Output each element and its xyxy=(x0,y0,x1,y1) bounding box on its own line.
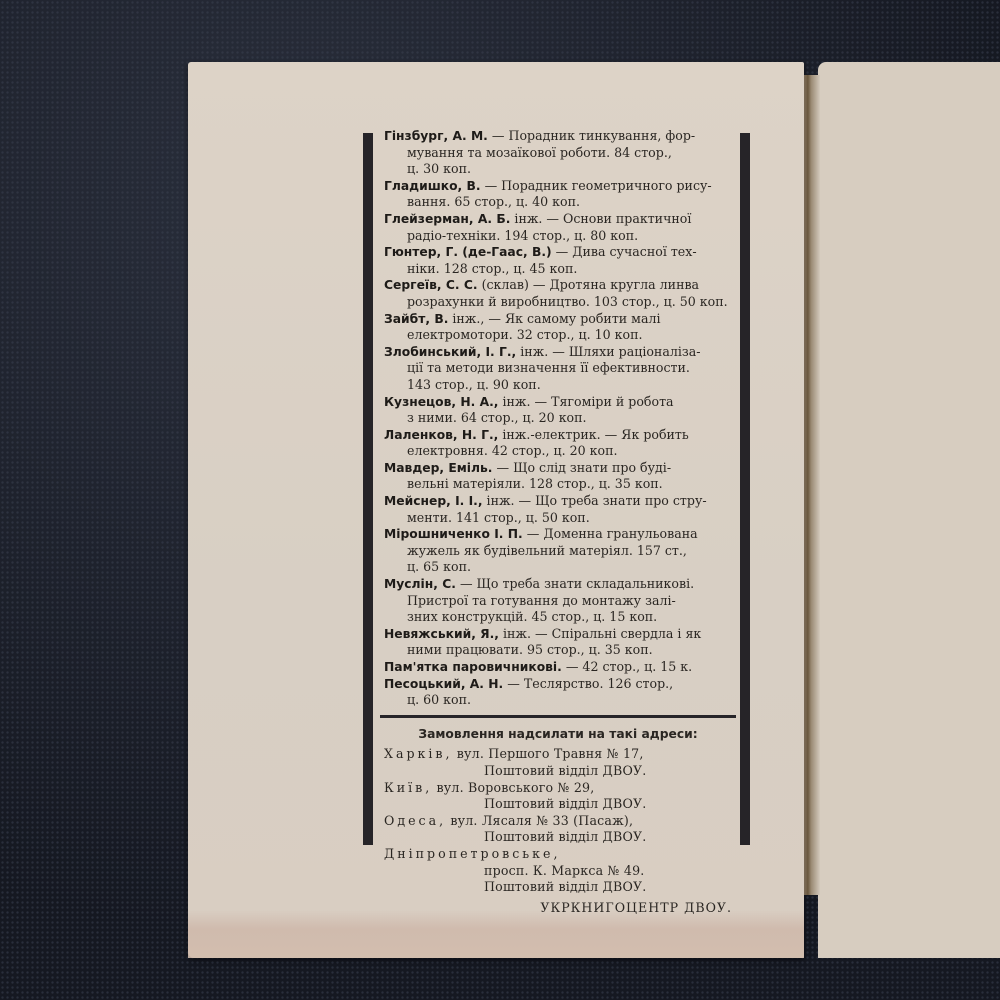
entry-text: — Що слід знати про буді- xyxy=(496,460,671,475)
address-street: вул. Першого Травня № 17, xyxy=(457,746,644,761)
entry-continuation: електровня. 42 стор., ц. 20 коп. xyxy=(384,443,732,460)
address-street-line: просп. К. Маркса № 49. xyxy=(384,863,732,880)
entry-first-line: Мейснер, І. І., інж. — Що треба знати пр… xyxy=(384,493,732,510)
entry-author: Лаленков, Н. Г., xyxy=(384,428,498,442)
address-city: Одеса, xyxy=(384,813,446,828)
orders-title: Замовлення надсилати на такі адреси: xyxy=(384,726,732,743)
address-list: Харків, вул. Першого Травня № 17,Поштови… xyxy=(384,746,732,895)
entry-continuation: ц. 30 коп. xyxy=(384,161,732,178)
entry-continuation: 143 стор., ц. 90 коп. xyxy=(384,377,732,394)
left-border-bar xyxy=(363,133,373,845)
entry-text: — Порадник тинкування, фор- xyxy=(492,128,695,143)
entry-continuation: зних конструкцій. 45 стор., ц. 15 коп. xyxy=(384,609,732,626)
entry-author: Песоцький, А. Н. xyxy=(384,677,503,691)
entry-continuation: ції та методи визначення її ефективности… xyxy=(384,360,732,377)
entry-continuation: вельні матеріяли. 128 стор., ц. 35 коп. xyxy=(384,476,732,493)
address-street: просп. К. Маркса № 49. xyxy=(484,863,645,878)
book-entry: Сергеїв, С. С. (склав) — Дротяна кругла … xyxy=(384,277,732,310)
address-post-office: Поштовий відділ ДВОУ. xyxy=(384,763,732,780)
water-stain xyxy=(188,910,804,958)
entry-text: 143 стор., ц. 90 коп. xyxy=(407,377,541,392)
entry-text: інж.-електрик. — Як робить xyxy=(502,427,688,442)
entry-continuation: розрахунки й виробництво. 103 стор., ц. … xyxy=(384,294,732,311)
entry-author: Мейснер, І. І., xyxy=(384,494,483,508)
entry-text: — Доменна гранульована xyxy=(527,526,698,541)
entry-text: розрахунки й виробництво. 103 стор., ц. … xyxy=(407,294,728,309)
address-city-line: Одеса, вул. Лясаля № 33 (Пасаж), xyxy=(384,813,732,830)
entry-first-line: Гінзбург, А. М. — Порадник тинкування, ф… xyxy=(384,128,732,145)
entry-continuation: ц. 60 коп. xyxy=(384,692,732,709)
address-post-office: Поштовий відділ ДВОУ. xyxy=(384,879,732,896)
entry-text: інж. — Шляхи раціоналіза- xyxy=(520,344,700,359)
entry-first-line: Невяжський, Я., інж. — Спіральні свердла… xyxy=(384,626,732,643)
address-city-line: Харків, вул. Першого Травня № 17, xyxy=(384,746,732,763)
entry-first-line: Мавдер, Еміль. — Що слід знати про буді- xyxy=(384,460,732,477)
entry-first-line: Злобинський, І. Г., інж. — Шляхи раціона… xyxy=(384,344,732,361)
entry-continuation: мування та мозаїкової роботи. 84 стор., xyxy=(384,145,732,162)
book-entry: Гюнтер, Г. (де-Гаас, В.) — Дива сучасної… xyxy=(384,244,732,277)
entry-text: радіо-техніки. 194 стор., ц. 80 коп. xyxy=(407,228,638,243)
book-entry: Мавдер, Еміль. — Що слід знати про буді-… xyxy=(384,460,732,493)
entry-author: Кузнецов, Н. А., xyxy=(384,395,498,409)
book-entry: Муслін, С. — Що треба знати складальнико… xyxy=(384,576,732,626)
entry-text: — Що треба знати складальникові. xyxy=(460,576,694,591)
right-border-bar xyxy=(740,133,750,845)
address-street: вул. Воровського № 29, xyxy=(436,780,594,795)
book-entry: Невяжський, Я., інж. — Спіральні свердла… xyxy=(384,626,732,659)
entry-text: з ними. 64 стор., ц. 20 коп. xyxy=(407,410,587,425)
publisher-signature: УКРКНИГОЦЕНТР ДВОУ. xyxy=(384,900,732,917)
entry-continuation: жужель як будівельний матеріял. 157 ст., xyxy=(384,543,732,560)
entry-author: Пам'ятка паровичникові. xyxy=(384,660,562,674)
entry-continuation: Пристрої та готування до монтажу залі- xyxy=(384,593,732,610)
entry-text: жужель як будівельний матеріял. 157 ст., xyxy=(407,543,687,558)
entry-text: ніки. 128 стор., ц. 45 коп. xyxy=(407,261,577,276)
facing-page-edge xyxy=(818,62,1000,958)
entry-continuation: з ними. 64 стор., ц. 20 коп. xyxy=(384,410,732,427)
entry-text: менти. 141 стор., ц. 50 коп. xyxy=(407,510,590,525)
section-divider xyxy=(380,715,736,718)
entry-text: інж. — Що треба знати про стру- xyxy=(487,493,707,508)
entry-continuation: радіо-техніки. 194 стор., ц. 80 коп. xyxy=(384,228,732,245)
entry-text: — Теслярство. 126 стор., xyxy=(507,676,673,691)
entry-first-line: Глейзерман, А. Б. інж. — Основи практичн… xyxy=(384,211,732,228)
entries-list: Гінзбург, А. М. — Порадник тинкування, ф… xyxy=(384,128,732,709)
book-entry: Глейзерман, А. Б. інж. — Основи практичн… xyxy=(384,211,732,244)
entry-text: інж. — Тягоміри й робота xyxy=(502,394,673,409)
entry-continuation: електромотори. 32 стор., ц. 10 коп. xyxy=(384,327,732,344)
book-entry: Гінзбург, А. М. — Порадник тинкування, ф… xyxy=(384,128,732,178)
entry-first-line: Кузнецов, Н. А., інж. — Тягоміри й робот… xyxy=(384,394,732,411)
entry-text: ц. 65 коп. xyxy=(407,559,471,574)
entry-text: — Дива сучасної тех- xyxy=(556,244,697,259)
entry-text: мування та мозаїкової роботи. 84 стор., xyxy=(407,145,672,160)
entry-author: Зайбт, В. xyxy=(384,312,448,326)
book-entry: Лаленков, Н. Г., інж.-електрик. — Як роб… xyxy=(384,427,732,460)
entry-continuation: вання. 65 стор., ц. 40 коп. xyxy=(384,194,732,211)
entry-text: ції та методи визначення її ефективности… xyxy=(407,360,690,375)
entry-text: — 42 стор., ц. 15 к. xyxy=(566,659,692,674)
book-list: Гінзбург, А. М. — Порадник тинкування, ф… xyxy=(384,128,732,916)
book-entry: Злобинський, І. Г., інж. — Шляхи раціона… xyxy=(384,344,732,394)
entry-author: Сергеїв, С. С. xyxy=(384,278,478,292)
entry-first-line: Муслін, С. — Що треба знати складальнико… xyxy=(384,576,732,593)
entry-text: — Порадник геометричного рису- xyxy=(485,178,712,193)
entry-text: вельні матеріяли. 128 стор., ц. 35 коп. xyxy=(407,476,663,491)
entry-first-line: Сергеїв, С. С. (склав) — Дротяна кругла … xyxy=(384,277,732,294)
entry-author: Гладишко, В. xyxy=(384,179,481,193)
book-entry: Гладишко, В. — Порадник геометричного ри… xyxy=(384,178,732,211)
entry-author: Гінзбург, А. М. xyxy=(384,129,488,143)
entry-first-line: Мірошниченко І. П. — Доменна гранульован… xyxy=(384,526,732,543)
entry-continuation: ними працювати. 95 стор., ц. 35 коп. xyxy=(384,642,732,659)
entry-text: інж., — Як самому робити малі xyxy=(452,311,660,326)
entry-text: зних конструкцій. 45 стор., ц. 15 коп. xyxy=(407,609,657,624)
entry-author: Невяжський, Я., xyxy=(384,627,499,641)
address-street: вул. Лясаля № 33 (Пасаж), xyxy=(450,813,633,828)
book-entry: Пам'ятка паровичникові. — 42 стор., ц. 1… xyxy=(384,659,732,676)
address-post-office: Поштовий відділ ДВОУ. xyxy=(384,829,732,846)
entry-text: вання. 65 стор., ц. 40 коп. xyxy=(407,194,580,209)
entry-text: електровня. 42 стор., ц. 20 коп. xyxy=(407,443,618,458)
entry-text: електромотори. 32 стор., ц. 10 коп. xyxy=(407,327,642,342)
entry-text: (склав) — Дротяна кругла линва xyxy=(482,277,700,292)
address-city: Дніпропетровське, xyxy=(384,846,560,861)
entry-author: Глейзерман, А. Б. xyxy=(384,212,510,226)
address-post-office: Поштовий відділ ДВОУ. xyxy=(384,796,732,813)
entry-text: інж. — Спіральні свердла і як xyxy=(503,626,701,641)
entry-continuation: ц. 65 коп. xyxy=(384,559,732,576)
entry-author: Злобинський, І. Г., xyxy=(384,345,516,359)
entry-text: ними працювати. 95 стор., ц. 35 коп. xyxy=(407,642,653,657)
book-entry: Мірошниченко І. П. — Доменна гранульован… xyxy=(384,526,732,576)
entry-author: Мавдер, Еміль. xyxy=(384,461,492,475)
address-city-line: Дніпропетровське, xyxy=(384,846,732,863)
entry-first-line: Гюнтер, Г. (де-Гаас, В.) — Дива сучасної… xyxy=(384,244,732,261)
entry-first-line: Гладишко, В. — Порадник геометричного ри… xyxy=(384,178,732,195)
book-entry: Мейснер, І. І., інж. — Що треба знати пр… xyxy=(384,493,732,526)
entry-author: Гюнтер, Г. (де-Гаас, В.) xyxy=(384,245,552,259)
address-city: Київ, xyxy=(384,780,432,795)
entry-author: Мірошниченко І. П. xyxy=(384,527,523,541)
entry-first-line: Зайбт, В. інж., — Як самому робити малі xyxy=(384,311,732,328)
entry-text: Пристрої та готування до монтажу залі- xyxy=(407,593,676,608)
entry-text: ц. 30 коп. xyxy=(407,161,471,176)
entry-continuation: ніки. 128 стор., ц. 45 коп. xyxy=(384,261,732,278)
book-entry: Песоцький, А. Н. — Теслярство. 126 стор.… xyxy=(384,676,732,709)
entry-continuation: менти. 141 стор., ц. 50 коп. xyxy=(384,510,732,527)
entry-first-line: Пам'ятка паровичникові. — 42 стор., ц. 1… xyxy=(384,659,732,676)
entry-first-line: Лаленков, Н. Г., інж.-електрик. — Як роб… xyxy=(384,427,732,444)
book-entry: Кузнецов, Н. А., інж. — Тягоміри й робот… xyxy=(384,394,732,427)
address-city: Харків, xyxy=(384,746,453,761)
address-city-line: Київ, вул. Воровського № 29, xyxy=(384,780,732,797)
entry-text: ц. 60 коп. xyxy=(407,692,471,707)
entry-first-line: Песоцький, А. Н. — Теслярство. 126 стор.… xyxy=(384,676,732,693)
entry-text: інж. — Основи практичної xyxy=(514,211,691,226)
entry-author: Муслін, С. xyxy=(384,577,456,591)
book-entry: Зайбт, В. інж., — Як самому робити маліе… xyxy=(384,311,732,344)
